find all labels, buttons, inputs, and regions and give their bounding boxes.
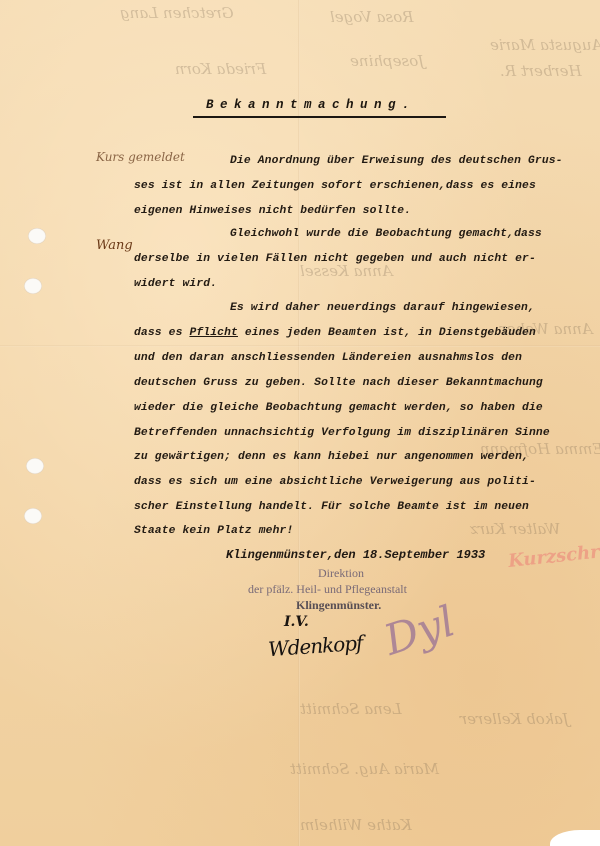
punch-hole-4 xyxy=(24,508,42,524)
paragraph-3-line: Betreffenden unnachsichtig Verfolgung im… xyxy=(134,427,550,439)
paper-background xyxy=(0,0,600,846)
stamp-line-1: Direktion xyxy=(318,566,364,581)
paragraph-3-line-with-emphasis: dass es Pflicht eines jeden Beamten ist,… xyxy=(134,327,536,339)
paragraph-3-line: und den daran anschliessenden Ländereien… xyxy=(134,352,522,364)
paragraph-3-line: wieder die gleiche Beobachtung gemacht w… xyxy=(134,402,543,414)
paragraph-2-line: Gleichwohl wurde die Beobachtung gemacht… xyxy=(230,228,542,240)
stamp-line-2: der pfälz. Heil- und Pflegeanstalt xyxy=(248,582,407,597)
text-segment: eines jeden Beamten ist, in Dienstgebäud… xyxy=(238,327,536,339)
underlined-word-pflicht: Pflicht xyxy=(189,327,238,339)
paragraph-3-line: Staate kein Platz mehr! xyxy=(134,525,293,537)
text-segment: dass es xyxy=(134,327,189,339)
vertical-fold xyxy=(298,0,300,846)
paragraph-1-line: ses ist in allen Zeitungen sofort erschi… xyxy=(134,180,536,192)
paragraph-3-line: Es wird daher neuerdings darauf hingewie… xyxy=(230,302,535,314)
paragraph-2-line: widert wird. xyxy=(134,278,217,290)
stamp-line-3: Klingenmünster. xyxy=(296,598,381,613)
paragraph-1-line: Die Anordnung über Erweisung des deutsch… xyxy=(230,155,563,167)
title-underline xyxy=(193,116,446,118)
punch-hole-3 xyxy=(26,458,44,474)
document-title: Bekanntmachung. xyxy=(206,98,416,112)
margin-note-top: Kurs gemeldet xyxy=(96,150,185,164)
paragraph-1-line: eigenen Hinweises nicht bedürfen sollte. xyxy=(134,205,411,217)
margin-note: Wang xyxy=(96,238,133,253)
punch-hole-1 xyxy=(28,228,46,244)
paragraph-3-line: zu gewärtigen; denn es kann hiebei nur a… xyxy=(134,451,529,463)
paragraph-2-line: derselbe in vielen Fällen nicht gegeben … xyxy=(134,253,536,265)
punch-hole-2 xyxy=(24,278,42,294)
horizontal-fold xyxy=(0,345,600,347)
paragraph-3-line: deutschen Gruss zu geben. Sollte nach di… xyxy=(134,377,543,389)
paragraph-3-line: scher Einstellung handelt. Für solche Be… xyxy=(134,501,529,513)
paragraph-3-line: dass es sich um eine absichtliche Verwei… xyxy=(134,476,536,488)
signoff: I.V. xyxy=(284,614,309,630)
dateline: Klingenmünster,den 18.September 1933 xyxy=(226,548,485,562)
